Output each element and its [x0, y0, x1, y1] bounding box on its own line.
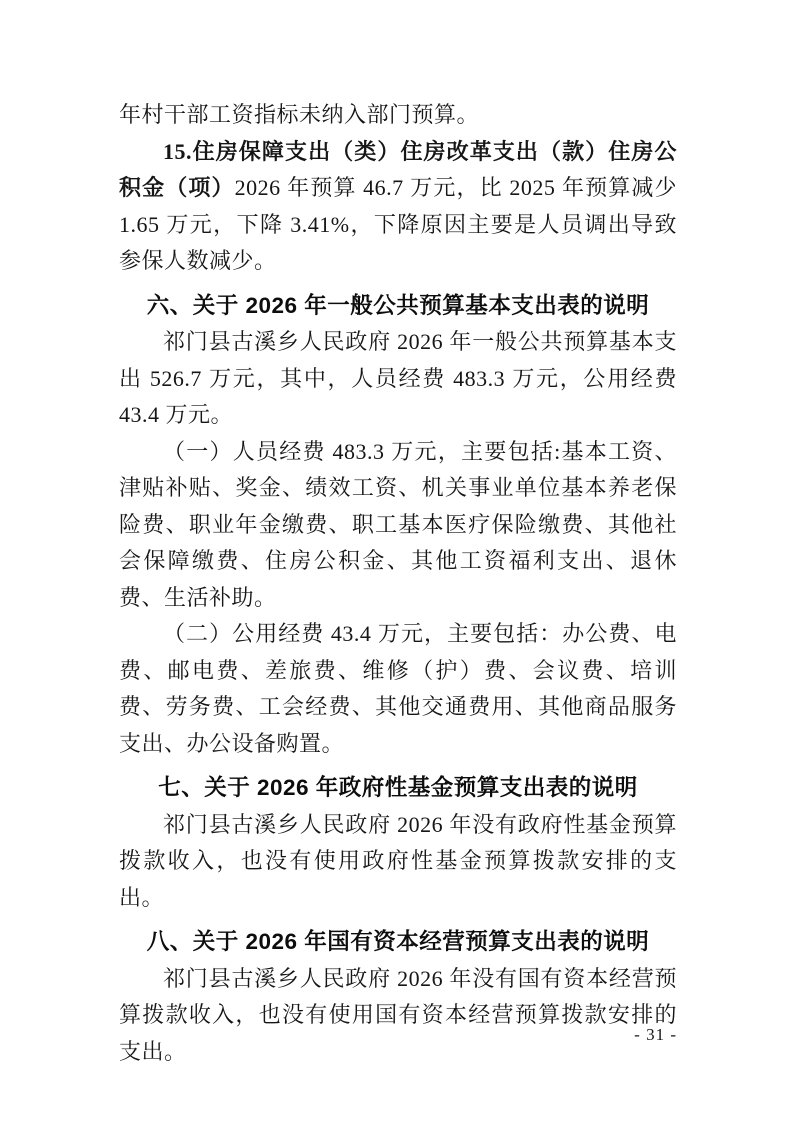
continuation-paragraph: 年村干部工资指标未纳入部门预算。: [119, 97, 677, 134]
section-6-heading: 六、关于 2026 年一般公共预算基本支出表的说明: [119, 288, 677, 325]
section-8-heading: 八、关于 2026 年国有资本经营预算支出表的说明: [119, 924, 677, 961]
document-body: 年村干部工资指标未纳入部门预算。 15.住房保障支出（类）住房改革支出（款）住房…: [119, 97, 677, 1070]
item-15-paragraph: 15.住房保障支出（类）住房改革支出（款）住房公积金（项）2026 年预算 46…: [119, 134, 677, 280]
section-6-paragraph-1: 祁门县古溪乡人民政府 2026 年一般公共预算基本支出 526.7 万元，其中，…: [119, 324, 677, 434]
section-8-paragraph-1: 祁门县古溪乡人民政府 2026 年没有国有资本经营预算拨款收入，也没有使用国有资…: [119, 961, 677, 1071]
section-7-heading: 七、关于 2026 年政府性基金预算支出表的说明: [119, 770, 677, 807]
section-7-paragraph-1: 祁门县古溪乡人民政府 2026 年没有政府性基金预算拨款收入，也没有使用政府性基…: [119, 807, 677, 917]
section-6-paragraph-3: （二）公用经费 43.4 万元，主要包括：办公费、电费、邮电费、差旅费、维修（护…: [119, 616, 677, 762]
document-page: 年村干部工资指标未纳入部门预算。 15.住房保障支出（类）住房改革支出（款）住房…: [0, 0, 793, 1122]
page-number: - 31 -: [634, 1024, 677, 1046]
section-6-paragraph-2: （一）人员经费 483.3 万元，主要包括:基本工资、津贴补贴、奖金、绩效工资、…: [119, 434, 677, 617]
